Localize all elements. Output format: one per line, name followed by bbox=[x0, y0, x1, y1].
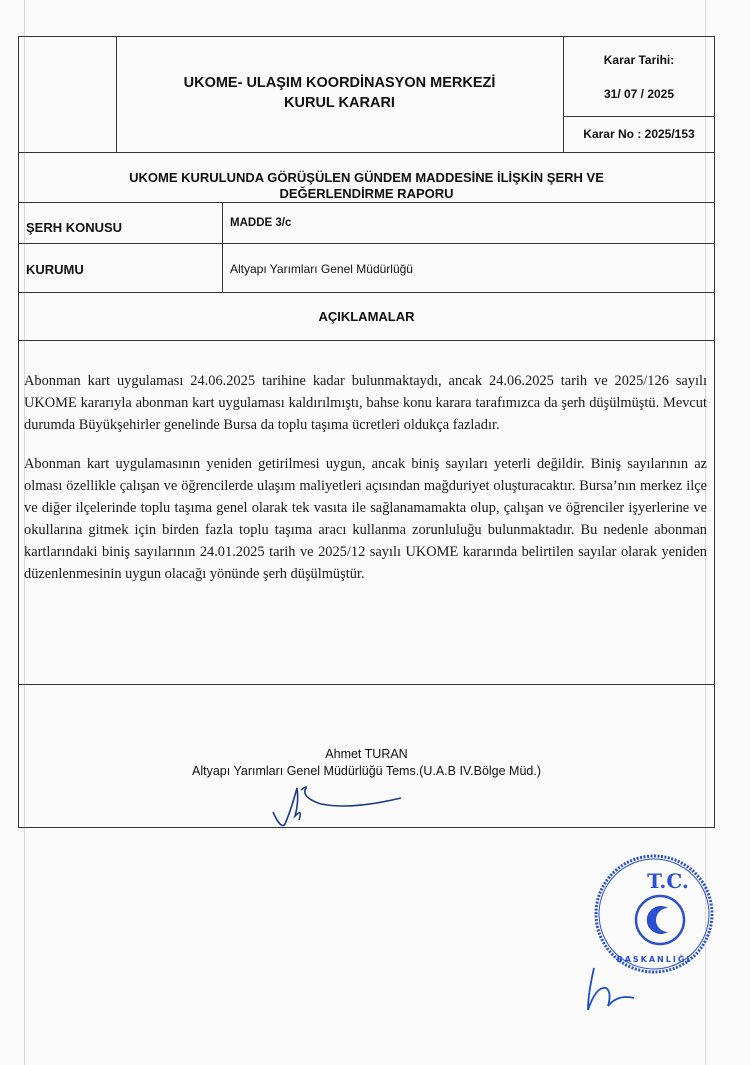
date-no-divider bbox=[563, 116, 715, 117]
explanation-paragraph-1: Abonman kart uygulaması 24.06.2025 tarih… bbox=[24, 370, 707, 436]
org-title-line1: UKOME- ULAŞIM KOORDİNASYON MERKEZİ bbox=[116, 73, 563, 93]
report-title-line1: UKOME KURULUNDA GÖRÜŞÜLEN GÜNDEM MADDESİ… bbox=[18, 170, 715, 185]
field-row-line bbox=[18, 243, 715, 244]
svg-text:T.C.: T.C. bbox=[647, 869, 689, 893]
explanation-paragraph-2: Abonman kart uygulamasının yeniden getir… bbox=[24, 453, 707, 585]
svg-text:BASKANLIĞI: BASKANLIĞI bbox=[617, 953, 692, 964]
field-value-serh-konusu: MADDE 3/c bbox=[230, 217, 291, 229]
field-divider bbox=[222, 202, 223, 292]
org-title-line2: KURUL KARARI bbox=[116, 93, 563, 113]
field-value-kurumu: Altyapı Yarımları Genel Müdürlüğü bbox=[230, 262, 413, 276]
body-bottom-line bbox=[18, 684, 715, 685]
section-title-bottom-line bbox=[18, 340, 715, 341]
decision-date-value: 31/ 07 / 2025 bbox=[563, 87, 715, 101]
report-title-line2: DEĞERLENDİRME RAPORU bbox=[18, 186, 715, 201]
signatory-name: Ahmet TURAN bbox=[18, 747, 715, 761]
title-bottom-line bbox=[18, 202, 715, 203]
handwritten-signature-icon bbox=[265, 780, 405, 832]
official-stamp-icon: T.C. BASKANLIĞI bbox=[590, 850, 718, 978]
decision-date-label: Karar Tarihi: bbox=[563, 53, 715, 67]
signatory-title: Altyapı Yarımları Genel Müdürlüğü Tems.(… bbox=[18, 764, 715, 778]
stamp-initials-signature-icon bbox=[582, 964, 652, 1014]
fields-bottom-line bbox=[18, 292, 715, 293]
field-label-serh-konusu: ŞERH KONUSU bbox=[26, 220, 122, 235]
header-bottom-line bbox=[18, 152, 715, 153]
decision-number: Karar No : 2025/153 bbox=[563, 127, 715, 141]
document-page: UKOME- ULAŞIM KOORDİNASYON MERKEZİ KURUL… bbox=[0, 0, 750, 1065]
section-title-aciklamalar: AÇIKLAMALAR bbox=[18, 309, 715, 324]
field-label-kurumu: KURUMU bbox=[26, 262, 84, 277]
